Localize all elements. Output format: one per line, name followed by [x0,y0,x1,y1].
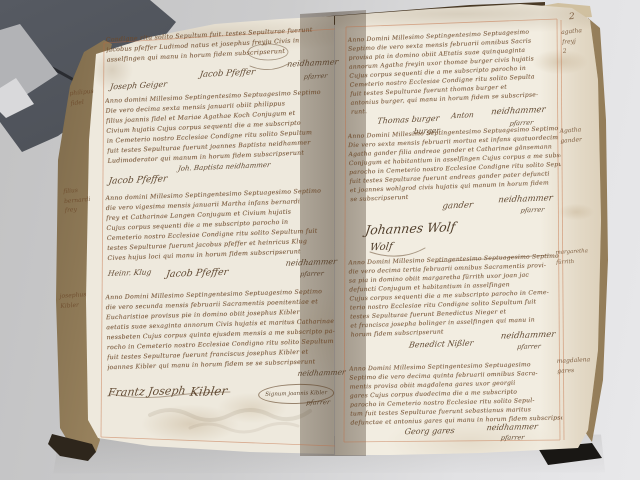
register-entry: Anno Domini Millesimo Septingentesimo Se… [348,124,565,263]
margin-note: josephusKibler [59,290,87,311]
signature: neidhammer [498,193,554,205]
signature: gander [442,200,474,211]
margin-note-line: josephus [59,290,86,301]
signature: pfarrer [306,398,331,407]
signature: Jacob Pfeffer [165,267,229,280]
signature: Jacob Pfeffer [199,67,256,80]
signature: neidhammer [486,422,539,432]
signature: Wolf [369,241,393,253]
signature: Joseph Geiger [109,80,167,92]
signature: neidhammer [297,368,346,378]
signature: Kibler [189,384,228,399]
signature: neidhammer [500,330,556,342]
signature: pfarrer [303,72,328,81]
signature: Jacob Pfeffer [108,174,168,187]
signature: pfarrer [500,433,525,442]
margin-note-line: 2 [562,45,584,56]
signature: Georg gares [404,426,455,436]
margin-note: agathafreyj2 [561,26,584,56]
margin-note: Agathagander [559,125,582,145]
signature: Johannes Wolf [364,219,456,238]
page-number: 2 [569,12,575,22]
photo-of-parish-register: 2 philipusfidel filiusbernardifrey josep… [0,0,640,480]
register-entry: Anno Domini Millesimo Septingentesimo Se… [105,287,338,420]
signature: pfarrer [517,342,542,351]
signature: Benedict Nißler [408,338,474,349]
signature: Anton [451,110,475,120]
signature: Thomas burger [377,114,440,126]
register-entry: Anno Domini Millesimo Septingentesimo Se… [349,359,563,448]
margin-note-line: agatha [561,26,583,37]
margin-note-line: gander [560,135,582,146]
register-entry: Anno domini Millesimo Septingentesimo Se… [105,186,337,299]
signature: pfarrer [300,269,325,278]
margin-note-line: fürrith [556,257,589,268]
margin-note-line: fidel [70,96,95,108]
margin-note: philipusfidel [69,87,95,108]
signature: Frantz Joseph [107,384,186,399]
signature: Heinr. Klug [107,267,152,278]
margin-note-line: Kibler [60,300,87,311]
signature: pfarrer [520,206,545,215]
signature: neidhammer [490,105,546,118]
margin-note: filiusbernardifrey [63,185,92,216]
margin-note-line: frey [64,204,91,216]
signature: neidhammer [287,57,339,69]
register-entry: Anno Domini Millesimo Septingentesimo Se… [348,252,564,375]
register-entry: Anno domini Millesimo Septingentesimo Se… [105,87,337,201]
signature: neidhammer [285,257,337,268]
